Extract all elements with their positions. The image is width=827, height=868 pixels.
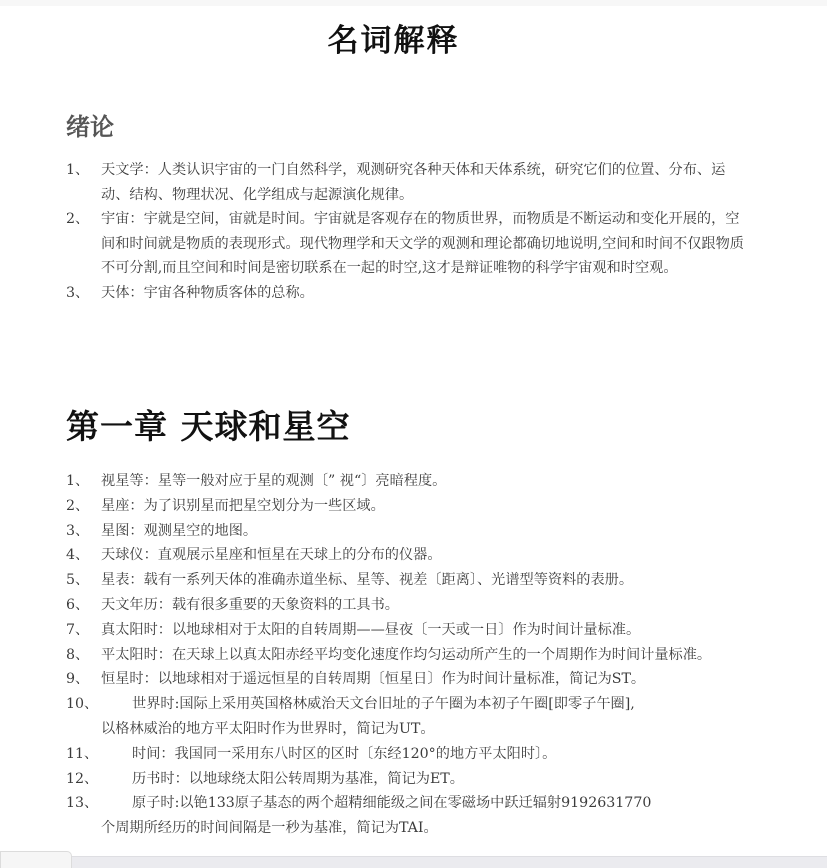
item-number: 6、 xyxy=(66,593,89,618)
list-item: 2、 宇宙：宇就是空间，宙就是时间。宇宙就是客观存在的物质世界，而物质是不断运动… xyxy=(66,207,746,281)
item-text: 星座：为了识别星而把星空划分为一些区域。 xyxy=(101,498,385,514)
list-item: 1、 天文学：人类认识宇宙的一门自然科学，观测研究各种天体和天体系统，研究它们的… xyxy=(66,158,746,207)
item-number: 13、 xyxy=(66,791,132,816)
chapter-heading-celestial-sphere: 第一章 天球和星空 xyxy=(66,405,351,449)
item-number: 5、 xyxy=(66,568,89,593)
item-number: 11、 xyxy=(66,742,132,767)
item-text: 天文年历：载有很多重要的天象资料的工具书。 xyxy=(101,597,399,613)
item-text-line2: 以格林威治的地方平太阳时作为世界时，简记为UT。 xyxy=(66,717,746,742)
item-number: 3、 xyxy=(66,281,89,306)
list-item: 1、 视星等：星等一般对应于星的观测〔” 视“〕亮暗程度。 xyxy=(66,469,746,494)
item-number: 8、 xyxy=(66,643,89,668)
item-number: 7、 xyxy=(66,618,89,643)
document-title: 名词解释 xyxy=(0,21,787,61)
item-text: 视星等：星等一般对应于星的观测〔” 视“〕亮暗程度。 xyxy=(101,473,446,489)
item-text-line1: 时间：我国同一采用东八时区的区时〔东经120°的地方平太阳时〕。 xyxy=(132,746,556,762)
item-number: 1、 xyxy=(66,469,89,494)
list-item: 9、 恒星时：以地球相对于遥远恒星的自转周期〔恒星日〕作为时间计量标准，简记为S… xyxy=(66,667,746,692)
item-text: 宇宙：宇就是空间，宙就是时间。宇宙就是客观存在的物质世界，而物质是不断运动和变化… xyxy=(101,211,744,276)
item-text: 天体：宇宙各种物质客体的总称。 xyxy=(101,285,314,301)
list-item: 13、原子时:以铯133原子基态的两个超精细能级之间在零磁场中跃迁辐射91926… xyxy=(66,791,746,841)
list-item: 3、 天体：宇宙各种物质客体的总称。 xyxy=(66,281,746,306)
item-text-line1: 历书时：以地球绕太阳公转周期为基准，简记为ET。 xyxy=(132,771,464,787)
introduction-term-list: 1、 天文学：人类认识宇宙的一门自然科学，观测研究各种天体和天体系统，研究它们的… xyxy=(66,158,746,306)
list-item: 11、时间：我国同一采用东八时区的区时〔东经120°的地方平太阳时〕。 xyxy=(66,742,746,767)
viewer-top-edge xyxy=(0,0,827,6)
item-text: 天球仪：直观展示星座和恒星在天球上的分布的仪器。 xyxy=(101,547,442,563)
item-number: 1、 xyxy=(66,158,89,183)
viewer-bottom-bar xyxy=(0,856,827,868)
list-item: 6、 天文年历：载有很多重要的天象资料的工具书。 xyxy=(66,593,746,618)
item-number: 3、 xyxy=(66,519,89,544)
item-text-line2: 个周期所经历的时间间隔是一秒为基准，简记为TAI。 xyxy=(66,816,746,841)
list-item: 10、世界时:国际上采用英国格林威治天文台旧址的子午圈为本初子午圈[即零子午圈]… xyxy=(66,692,746,742)
item-number: 9、 xyxy=(66,667,89,692)
item-number: 12、 xyxy=(66,767,132,792)
item-text: 真太阳时：以地球相对于太阳的自转周期——昼夜〔一天或一日〕作为时间计量标准。 xyxy=(101,622,640,638)
item-number: 2、 xyxy=(66,494,89,519)
list-item: 4、 天球仪：直观展示星座和恒星在天球上的分布的仪器。 xyxy=(66,543,746,568)
item-number: 10、 xyxy=(66,692,132,717)
list-item: 5、 星表：载有一系列天体的准确赤道坐标、星等、视差〔距离〕、光谱型等资料的表册… xyxy=(66,568,746,593)
item-text: 星图：观测星空的地图。 xyxy=(101,523,257,539)
section-heading-introduction: 绪论 xyxy=(66,110,114,144)
item-number: 2、 xyxy=(66,207,89,232)
chapter1-term-list: 1、 视星等：星等一般对应于星的观测〔” 视“〕亮暗程度。 2、 星座：为了识别… xyxy=(66,469,746,841)
list-item: 8、 平太阳时：在天球上以真太阳赤经平均变化速度作均匀运动所产生的一个周期作为时… xyxy=(66,643,746,668)
item-text: 平太阳时：在天球上以真太阳赤经平均变化速度作均匀运动所产生的一个周期作为时间计量… xyxy=(101,647,711,663)
page-tab[interactable] xyxy=(0,851,72,868)
item-text-line1: 原子时:以铯133原子基态的两个超精细能级之间在零磁场中跃迁辐射91926317… xyxy=(132,795,651,811)
list-item: 7、 真太阳时：以地球相对于太阳的自转周期——昼夜〔一天或一日〕作为时间计量标准… xyxy=(66,618,746,643)
item-text: 恒星时：以地球相对于遥远恒星的自转周期〔恒星日〕作为时间计量标准，简记为ST。 xyxy=(101,671,645,687)
item-text: 星表：载有一系列天体的准确赤道坐标、星等、视差〔距离〕、光谱型等资料的表册。 xyxy=(101,572,633,588)
list-item: 3、 星图：观测星空的地图。 xyxy=(66,519,746,544)
list-item: 12、历书时：以地球绕太阳公转周期为基准，简记为ET。 xyxy=(66,767,746,792)
item-text-line1: 世界时:国际上采用英国格林威治天文台旧址的子午圈为本初子午圈[即零子午圈], xyxy=(132,696,635,712)
item-text: 天文学：人类认识宇宙的一门自然科学，观测研究各种天体和天体系统，研究它们的位置、… xyxy=(101,162,725,203)
item-number: 4、 xyxy=(66,543,89,568)
list-item: 2、 星座：为了识别星而把星空划分为一些区域。 xyxy=(66,494,746,519)
